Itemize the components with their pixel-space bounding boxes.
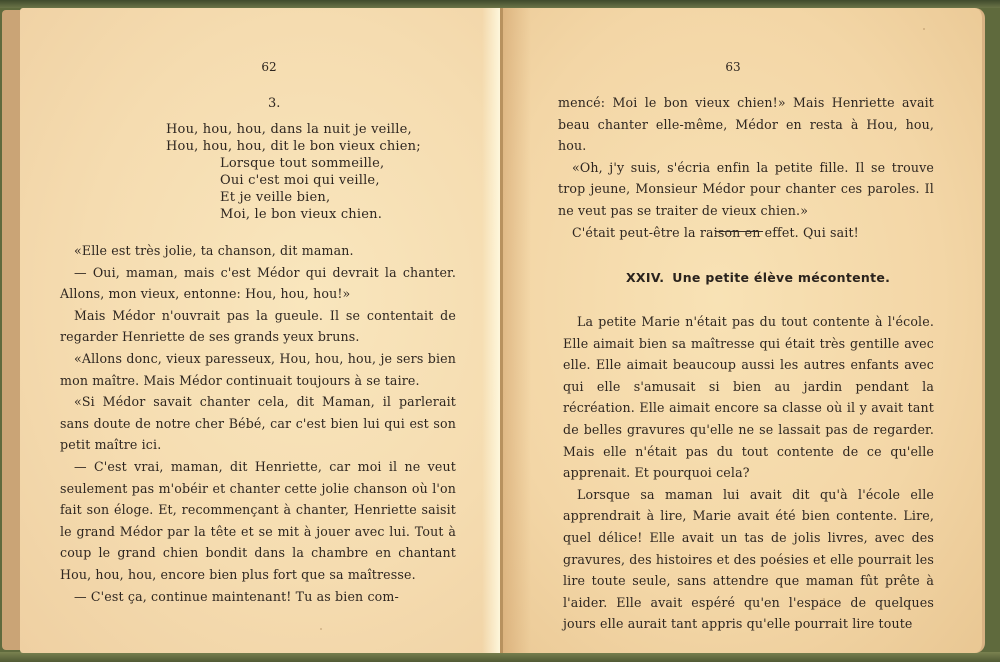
- paragraph: La petite Marie n'était pas du tout cont…: [563, 311, 934, 484]
- chapter-number: XXIV.: [626, 270, 664, 285]
- paper-spot: [823, 598, 825, 600]
- poem-line: Oui c'est moi qui veille,: [166, 172, 421, 189]
- poem-line: Hou, hou, hou, dit le bon vieux chien;: [166, 138, 421, 155]
- paragraph: Lorsque sa maman lui avait dit qu'à l'éc…: [563, 484, 934, 635]
- right-page: 63 mencé: Moi le bon vieux chien!» Mais …: [503, 8, 985, 653]
- paragraph: «Si Médor savait chanter cela, dit Maman…: [60, 391, 456, 456]
- poem-line: Moi, le bon vieux chien.: [166, 206, 421, 223]
- stanza-number: 3.: [268, 96, 280, 111]
- book-cover-top: [0, 0, 1000, 8]
- paragraph: — Oui, maman, mais c'est Médor qui devra…: [60, 262, 456, 305]
- poem-line: Hou, hou, hou, dans la nuit je veille,: [166, 121, 421, 138]
- paragraph: «Allons donc, vieux paresseux, Hou, hou,…: [60, 348, 456, 391]
- paragraph: «Elle est très jolie, ta chanson, dit ma…: [60, 240, 456, 262]
- poem-line: Et je veille bien,: [166, 189, 421, 206]
- poem: Hou, hou, hou, dans la nuit je veille, H…: [166, 121, 421, 223]
- paper-spot: [923, 28, 925, 30]
- paper-spot: [320, 628, 322, 630]
- poem-line: Lorsque tout sommeille,: [166, 155, 421, 172]
- page-number: 62: [249, 60, 289, 74]
- paragraph: C'était peut-être la raison en effet. Qu…: [558, 222, 934, 244]
- paragraph: — C'est ça, continue maintenant! Tu as b…: [60, 586, 456, 608]
- section-divider: [715, 231, 763, 232]
- chapter-heading: XXIV.Une petite élève mécontente.: [626, 270, 890, 285]
- paragraph: «Oh, j'y suis, s'écria enfin la petite f…: [558, 157, 934, 222]
- chapter-prose: La petite Marie n'était pas du tout cont…: [563, 311, 934, 635]
- paper-spot: [80, 308, 82, 310]
- paragraph: mencé: Moi le bon vieux chien!» Mais Hen…: [558, 92, 934, 157]
- continuation-prose: mencé: Moi le bon vieux chien!» Mais Hen…: [558, 92, 934, 243]
- paragraph: — C'est vrai, maman, dit Henriette, car …: [60, 456, 456, 586]
- left-prose: «Elle est très jolie, ta chanson, dit ma…: [60, 240, 456, 607]
- left-page: 62 3. Hou, hou, hou, dans la nuit je vei…: [20, 8, 500, 653]
- paragraph: Mais Médor n'ouvrait pas la gueule. Il s…: [60, 305, 456, 348]
- book-cover-bottom: [0, 652, 1000, 662]
- chapter-title: Une petite élève mécontente.: [672, 270, 890, 285]
- page-number: 63: [713, 60, 753, 74]
